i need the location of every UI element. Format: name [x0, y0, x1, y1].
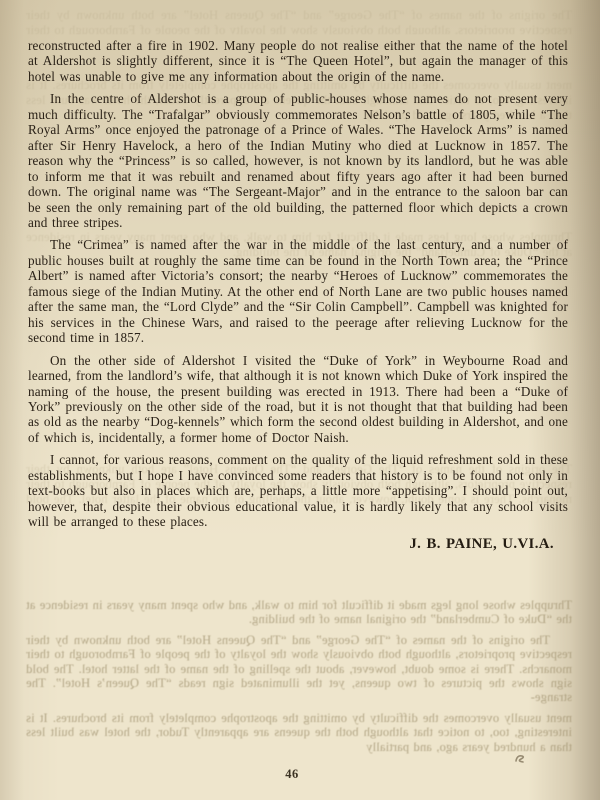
article-paragraph-3: The “Crimea” is named after the war in t… [28, 237, 568, 345]
article-paragraph-2: In the centre of Aldershot is a group of… [28, 91, 568, 230]
bleedthrough-text-block: Thrupples whose long legs made it diffic… [26, 598, 572, 760]
bleedthrough-paragraph: Thrupples whose long legs made it diffic… [26, 598, 572, 627]
bleedthrough-ghost: The origins of the names of “The George”… [26, 8, 572, 34]
bleedthrough-paragraph: ment usually overcomes the difficulty by… [26, 711, 572, 754]
article-body: reconstructed after a fire in 1902. Many… [28, 38, 568, 552]
bleedthrough-paragraph: The origins of the names of “The George”… [26, 633, 572, 705]
scanned-page: The origins of the names of “The George”… [0, 0, 600, 800]
author-signature: J. B. PAINE, U.VI.A. [28, 537, 568, 552]
article-paragraph-5: I cannot, for various reasons, comment o… [28, 452, 568, 529]
article-paragraph-1: reconstructed after a fire in 1902. Many… [28, 38, 568, 84]
article-paragraph-4: On the other side of Aldershot I visited… [28, 353, 568, 446]
page-number: 46 [0, 767, 592, 782]
bleedthrough-line: The origins of the names of “The George”… [26, 8, 572, 34]
